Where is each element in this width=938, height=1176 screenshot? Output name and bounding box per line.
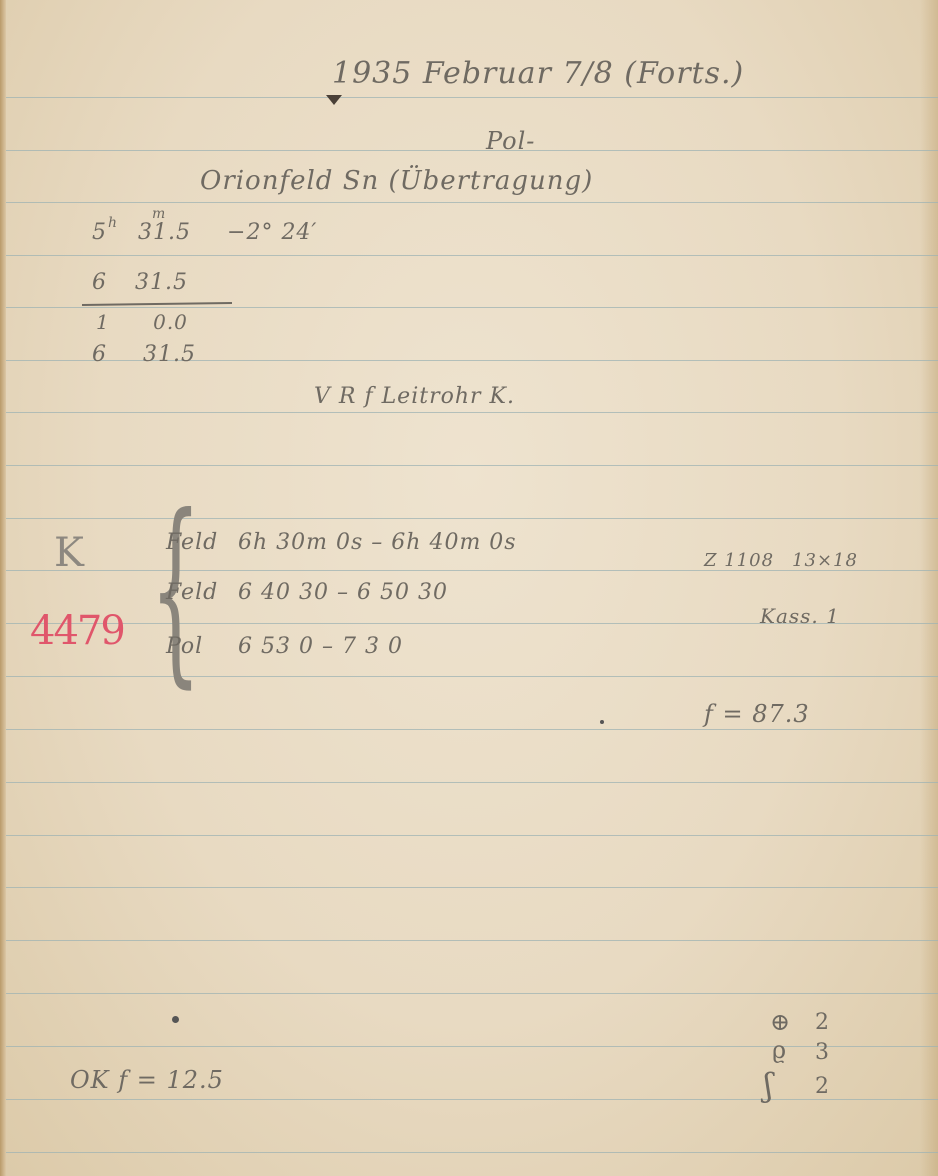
symbol-value: 3	[815, 1040, 830, 1065]
symbol-value: 2	[815, 1010, 830, 1035]
cassette: Kass. 1	[760, 604, 840, 628]
symbol-icon: ʃ	[764, 1066, 774, 1104]
ink-mark-icon	[326, 95, 342, 105]
sum-underline	[82, 302, 232, 306]
plate-number: 4479	[30, 608, 124, 654]
exposure-row: Feld6h 30m 0s – 6h 40m 0s	[166, 530, 517, 555]
plate-type: Z 110813×18	[704, 550, 858, 571]
ok-focal: OK f = 12.5	[70, 1066, 224, 1094]
coord-row2: 6 31.5	[92, 270, 188, 295]
ink-dot	[172, 1016, 179, 1023]
minute-unit: m	[152, 206, 166, 222]
focal-length: f = 87.3	[704, 700, 810, 728]
date-line: 1935 Februar 7/8 (Forts.)	[332, 56, 744, 91]
symbol-icon: ϱ	[772, 1036, 787, 1064]
title-line1: Pol-	[486, 127, 535, 155]
page-right-edge	[920, 0, 938, 1176]
bracket-label: K	[54, 530, 85, 576]
coord-row1: 5h 31.5 −2° 24′	[92, 220, 317, 245]
coord-row4: 6 31.5	[92, 342, 196, 367]
ink-dot	[600, 720, 604, 724]
title-line2: Orionfeld Sn (Übertragung)	[200, 166, 593, 196]
coord-row3: 1 0.0	[96, 310, 188, 334]
notebook-page: 1935 Februar 7/8 (Forts.) Pol- Orionfeld…	[0, 0, 938, 1176]
guide-note: V R f Leitrohr K.	[314, 384, 515, 409]
page-binding-edge	[0, 0, 6, 1176]
symbol-value: 2	[815, 1074, 830, 1099]
symbol-icon: ⊕	[770, 1008, 791, 1036]
exposure-row: Pol6 53 0 – 7 3 0	[166, 634, 403, 659]
exposure-row: Feld6 40 30 – 6 50 30	[166, 580, 448, 605]
